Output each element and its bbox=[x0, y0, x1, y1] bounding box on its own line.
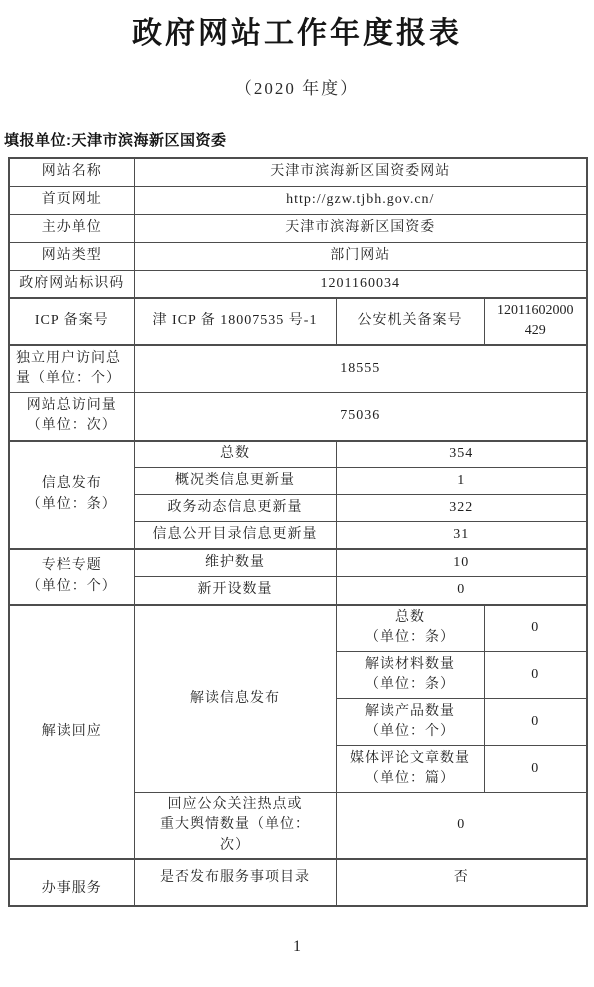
interpret-total-label: 总数 （单位：条） bbox=[336, 605, 484, 652]
table-row: 解读回应 解读信息发布 总数 （单位：条） 0 bbox=[9, 605, 587, 652]
maintained-count-label: 维护数量 bbox=[134, 549, 336, 577]
interpret-product-label: 解读产品数量 （单位：个） bbox=[336, 699, 484, 746]
hotspot-response-label: 回应公众关注热点或 重大舆情数量（单位： 次） bbox=[134, 793, 336, 859]
unique-visitors-label: 独立用户访问总 量（单位：个） bbox=[9, 345, 134, 393]
home-url-value: http://gzw.tjbh.gov.cn/ bbox=[134, 186, 587, 214]
interpret-total-value: 0 bbox=[484, 605, 587, 652]
page-subtitle: （2020 年度） bbox=[0, 74, 594, 99]
overview-update-value: 1 bbox=[336, 468, 587, 495]
interpret-material-value: 0 bbox=[484, 652, 587, 699]
table-row: 专栏专题 （单位：个） 维护数量 10 bbox=[9, 549, 587, 577]
site-code-label: 政府网站标识码 bbox=[9, 270, 134, 298]
table-row: 网站类型 部门网站 bbox=[9, 242, 587, 270]
total-visits-label: 网站总访问量 （单位：次） bbox=[9, 393, 134, 441]
interpret-material-label: 解读材料数量 （单位：条） bbox=[336, 652, 484, 699]
disclosure-update-label: 信息公开目录信息更新量 bbox=[134, 522, 336, 549]
table-row: 办事服务 是否发布服务事项目录 否 bbox=[9, 859, 587, 906]
table-row: 网站总访问量 （单位：次） 75036 bbox=[9, 393, 587, 441]
unique-visitors-value: 18555 bbox=[134, 345, 587, 393]
site-code-value: 1201160034 bbox=[134, 270, 587, 298]
table-row: 主办单位 天津市滨海新区国资委 bbox=[9, 214, 587, 242]
annual-report-table: 网站名称 天津市滨海新区国资委网站 首页网址 http://gzw.tjbh.g… bbox=[8, 157, 588, 907]
icp-value: 津 ICP 备 18007535 号-1 bbox=[134, 298, 336, 345]
table-row: 首页网址 http://gzw.tjbh.gov.cn/ bbox=[9, 186, 587, 214]
service-catalog-label: 是否发布服务事项目录 bbox=[134, 859, 336, 906]
media-comment-value: 0 bbox=[484, 746, 587, 793]
police-record-value: 12011602000 429 bbox=[484, 298, 587, 345]
service-catalog-value: 否 bbox=[336, 859, 587, 906]
new-columns-label: 新开设数量 bbox=[134, 577, 336, 605]
table-row: 政府网站标识码 1201160034 bbox=[9, 270, 587, 298]
home-url-label: 首页网址 bbox=[9, 186, 134, 214]
site-type-label: 网站类型 bbox=[9, 242, 134, 270]
info-total-label: 总数 bbox=[134, 441, 336, 468]
service-section-label: 办事服务 bbox=[9, 859, 134, 906]
info-publish-section-label: 信息发布 （单位：条） bbox=[9, 441, 134, 549]
interpret-publish-label: 解读信息发布 bbox=[134, 605, 336, 793]
new-columns-value: 0 bbox=[336, 577, 587, 605]
gov-news-update-label: 政务动态信息更新量 bbox=[134, 495, 336, 522]
table-row: 网站名称 天津市滨海新区国资委网站 bbox=[9, 158, 587, 186]
special-columns-section-label: 专栏专题 （单位：个） bbox=[9, 549, 134, 605]
page-number: 1 bbox=[0, 938, 594, 956]
table-row: 信息发布 （单位：条） 总数 354 bbox=[9, 441, 587, 468]
icp-label: ICP 备案号 bbox=[9, 298, 134, 345]
total-visits-value: 75036 bbox=[134, 393, 587, 441]
maintained-count-value: 10 bbox=[336, 549, 587, 577]
police-record-label: 公安机关备案号 bbox=[336, 298, 484, 345]
sponsor-value: 天津市滨海新区国资委 bbox=[134, 214, 587, 242]
site-name-label: 网站名称 bbox=[9, 158, 134, 186]
gov-news-update-value: 322 bbox=[336, 495, 587, 522]
interpret-response-section-label: 解读回应 bbox=[9, 605, 134, 859]
disclosure-update-value: 31 bbox=[336, 522, 587, 549]
site-type-value: 部门网站 bbox=[134, 242, 587, 270]
table-row: ICP 备案号 津 ICP 备 18007535 号-1 公安机关备案号 120… bbox=[9, 298, 587, 345]
hotspot-response-value: 0 bbox=[336, 793, 587, 859]
table-row: 独立用户访问总 量（单位：个） 18555 bbox=[9, 345, 587, 393]
info-total-value: 354 bbox=[336, 441, 587, 468]
interpret-product-value: 0 bbox=[484, 699, 587, 746]
overview-update-label: 概况类信息更新量 bbox=[134, 468, 336, 495]
reporting-unit: 填报单位:天津市滨海新区国资委 bbox=[4, 129, 227, 150]
sponsor-label: 主办单位 bbox=[9, 214, 134, 242]
page-title: 政府网站工作年度报表 bbox=[0, 8, 594, 52]
site-name-value: 天津市滨海新区国资委网站 bbox=[134, 158, 587, 186]
media-comment-label: 媒体评论文章数量 （单位：篇） bbox=[336, 746, 484, 793]
